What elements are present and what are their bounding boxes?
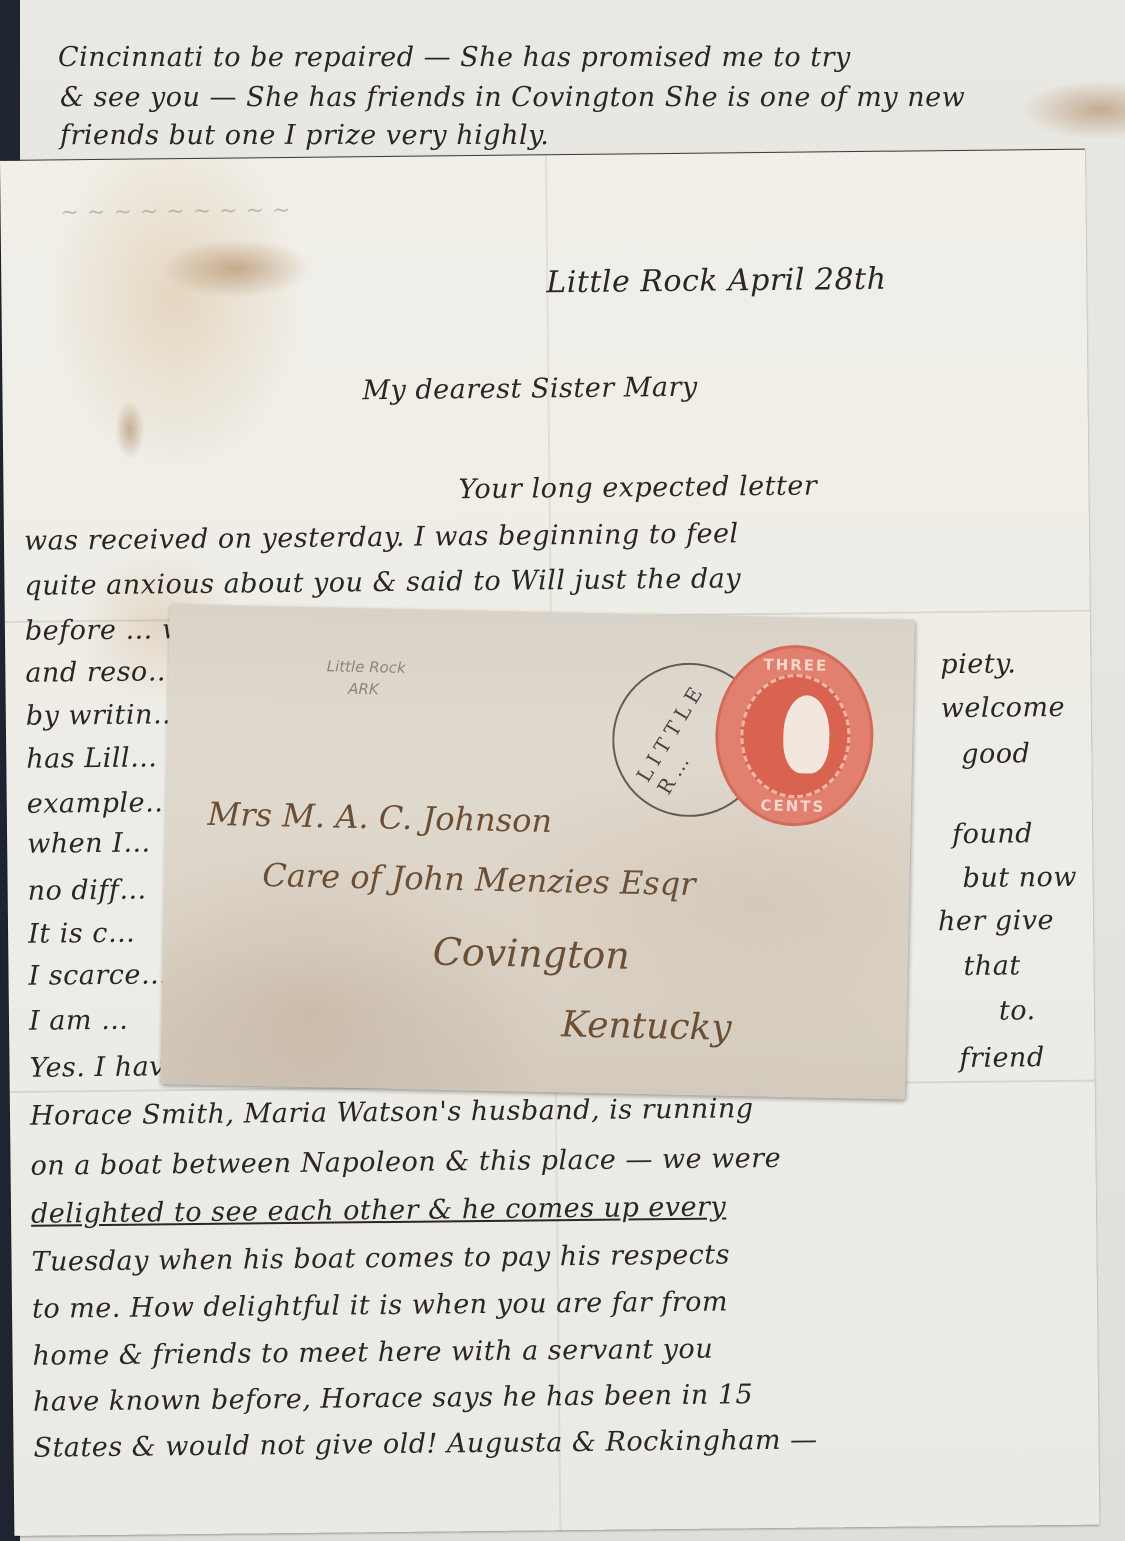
letter-fragment: her give [938, 905, 1054, 937]
address-recipient: Mrs M. A. C. Johnson [207, 795, 552, 840]
letter-fragment: piety. [940, 648, 1016, 680]
pencil-note-city: Little Rock [327, 657, 406, 677]
letter-fragment: found [952, 818, 1033, 850]
bleed-through-text: ~ ~ ~ ~ ~ ~ ~ ~ ~ [60, 198, 291, 225]
salutation: My dearest Sister Mary [362, 372, 698, 407]
letter-line: by writin… [26, 699, 181, 732]
letter-fragment: welcome [941, 692, 1066, 724]
letter-line: I scarce… [28, 959, 168, 991]
letter-line: on a boat between Napoleon & this place … [30, 1143, 781, 1182]
washington-profile-icon [783, 695, 831, 774]
stamp-bottom-text: CENTS [717, 795, 869, 816]
letter-line: was received on yesterday. I was beginni… [24, 518, 739, 556]
letter-line: home & friends to meet here with a serva… [32, 1334, 713, 1372]
letter-line: has Lill… [26, 742, 158, 774]
letter-line: have known before, Horace says he has be… [33, 1379, 753, 1418]
letter-line: no diff… [27, 875, 146, 907]
letter-line: to me. How delightful it is when you are… [32, 1286, 728, 1324]
back-sheet-line-2: & see you — She has friends in Covington… [60, 82, 965, 113]
letter-line: Your long expected letter [458, 470, 817, 505]
ink-stain [1020, 80, 1125, 140]
letter-line: I am … [29, 1005, 129, 1037]
letter-fragment: but now [962, 862, 1077, 894]
letter-line: Horace Smith, Maria Watson's husband, is… [30, 1093, 754, 1132]
back-sheet-line-3: friends but one I prize very highly. [60, 120, 549, 151]
three-cent-stamp: THREE CENTS [714, 643, 876, 827]
letter-line: example… [27, 787, 173, 820]
place-date: Little Rock April 28th [546, 262, 887, 301]
back-sheet-line-1: Cincinnati to be repaired — She has prom… [58, 42, 851, 73]
letter-line: Tuesday when his boat comes to pay his r… [31, 1239, 730, 1277]
letter-fragment: to. [999, 995, 1036, 1026]
letter-line: and reso… [25, 656, 175, 689]
letter-fragment: that [963, 950, 1021, 982]
letter-line: States & would not give old! Augusta & R… [33, 1425, 817, 1464]
address-state: Kentucky [561, 1004, 732, 1049]
address-care-of: Care of John Menzies Esqr [262, 856, 696, 903]
letter-line: It is c… [28, 918, 136, 950]
address-city: Covington [432, 930, 630, 978]
foxing-stain [115, 399, 146, 459]
stamp-medallion [739, 673, 852, 799]
letter-fragment: good [961, 738, 1030, 770]
pencil-note-state: ARK [348, 680, 379, 699]
stamp-top-text: THREE [720, 655, 872, 676]
foxing-stain [161, 238, 312, 300]
letter-line: delighted to see each other & he comes u… [31, 1191, 727, 1229]
letter-line: quite anxious about you & said to Will j… [24, 563, 741, 602]
letter-line: when I… [27, 827, 151, 859]
letter-fragment: friend [959, 1042, 1045, 1074]
envelope: Little Rock ARK LITTLE R… THREE CENTS Mr… [160, 604, 915, 1099]
